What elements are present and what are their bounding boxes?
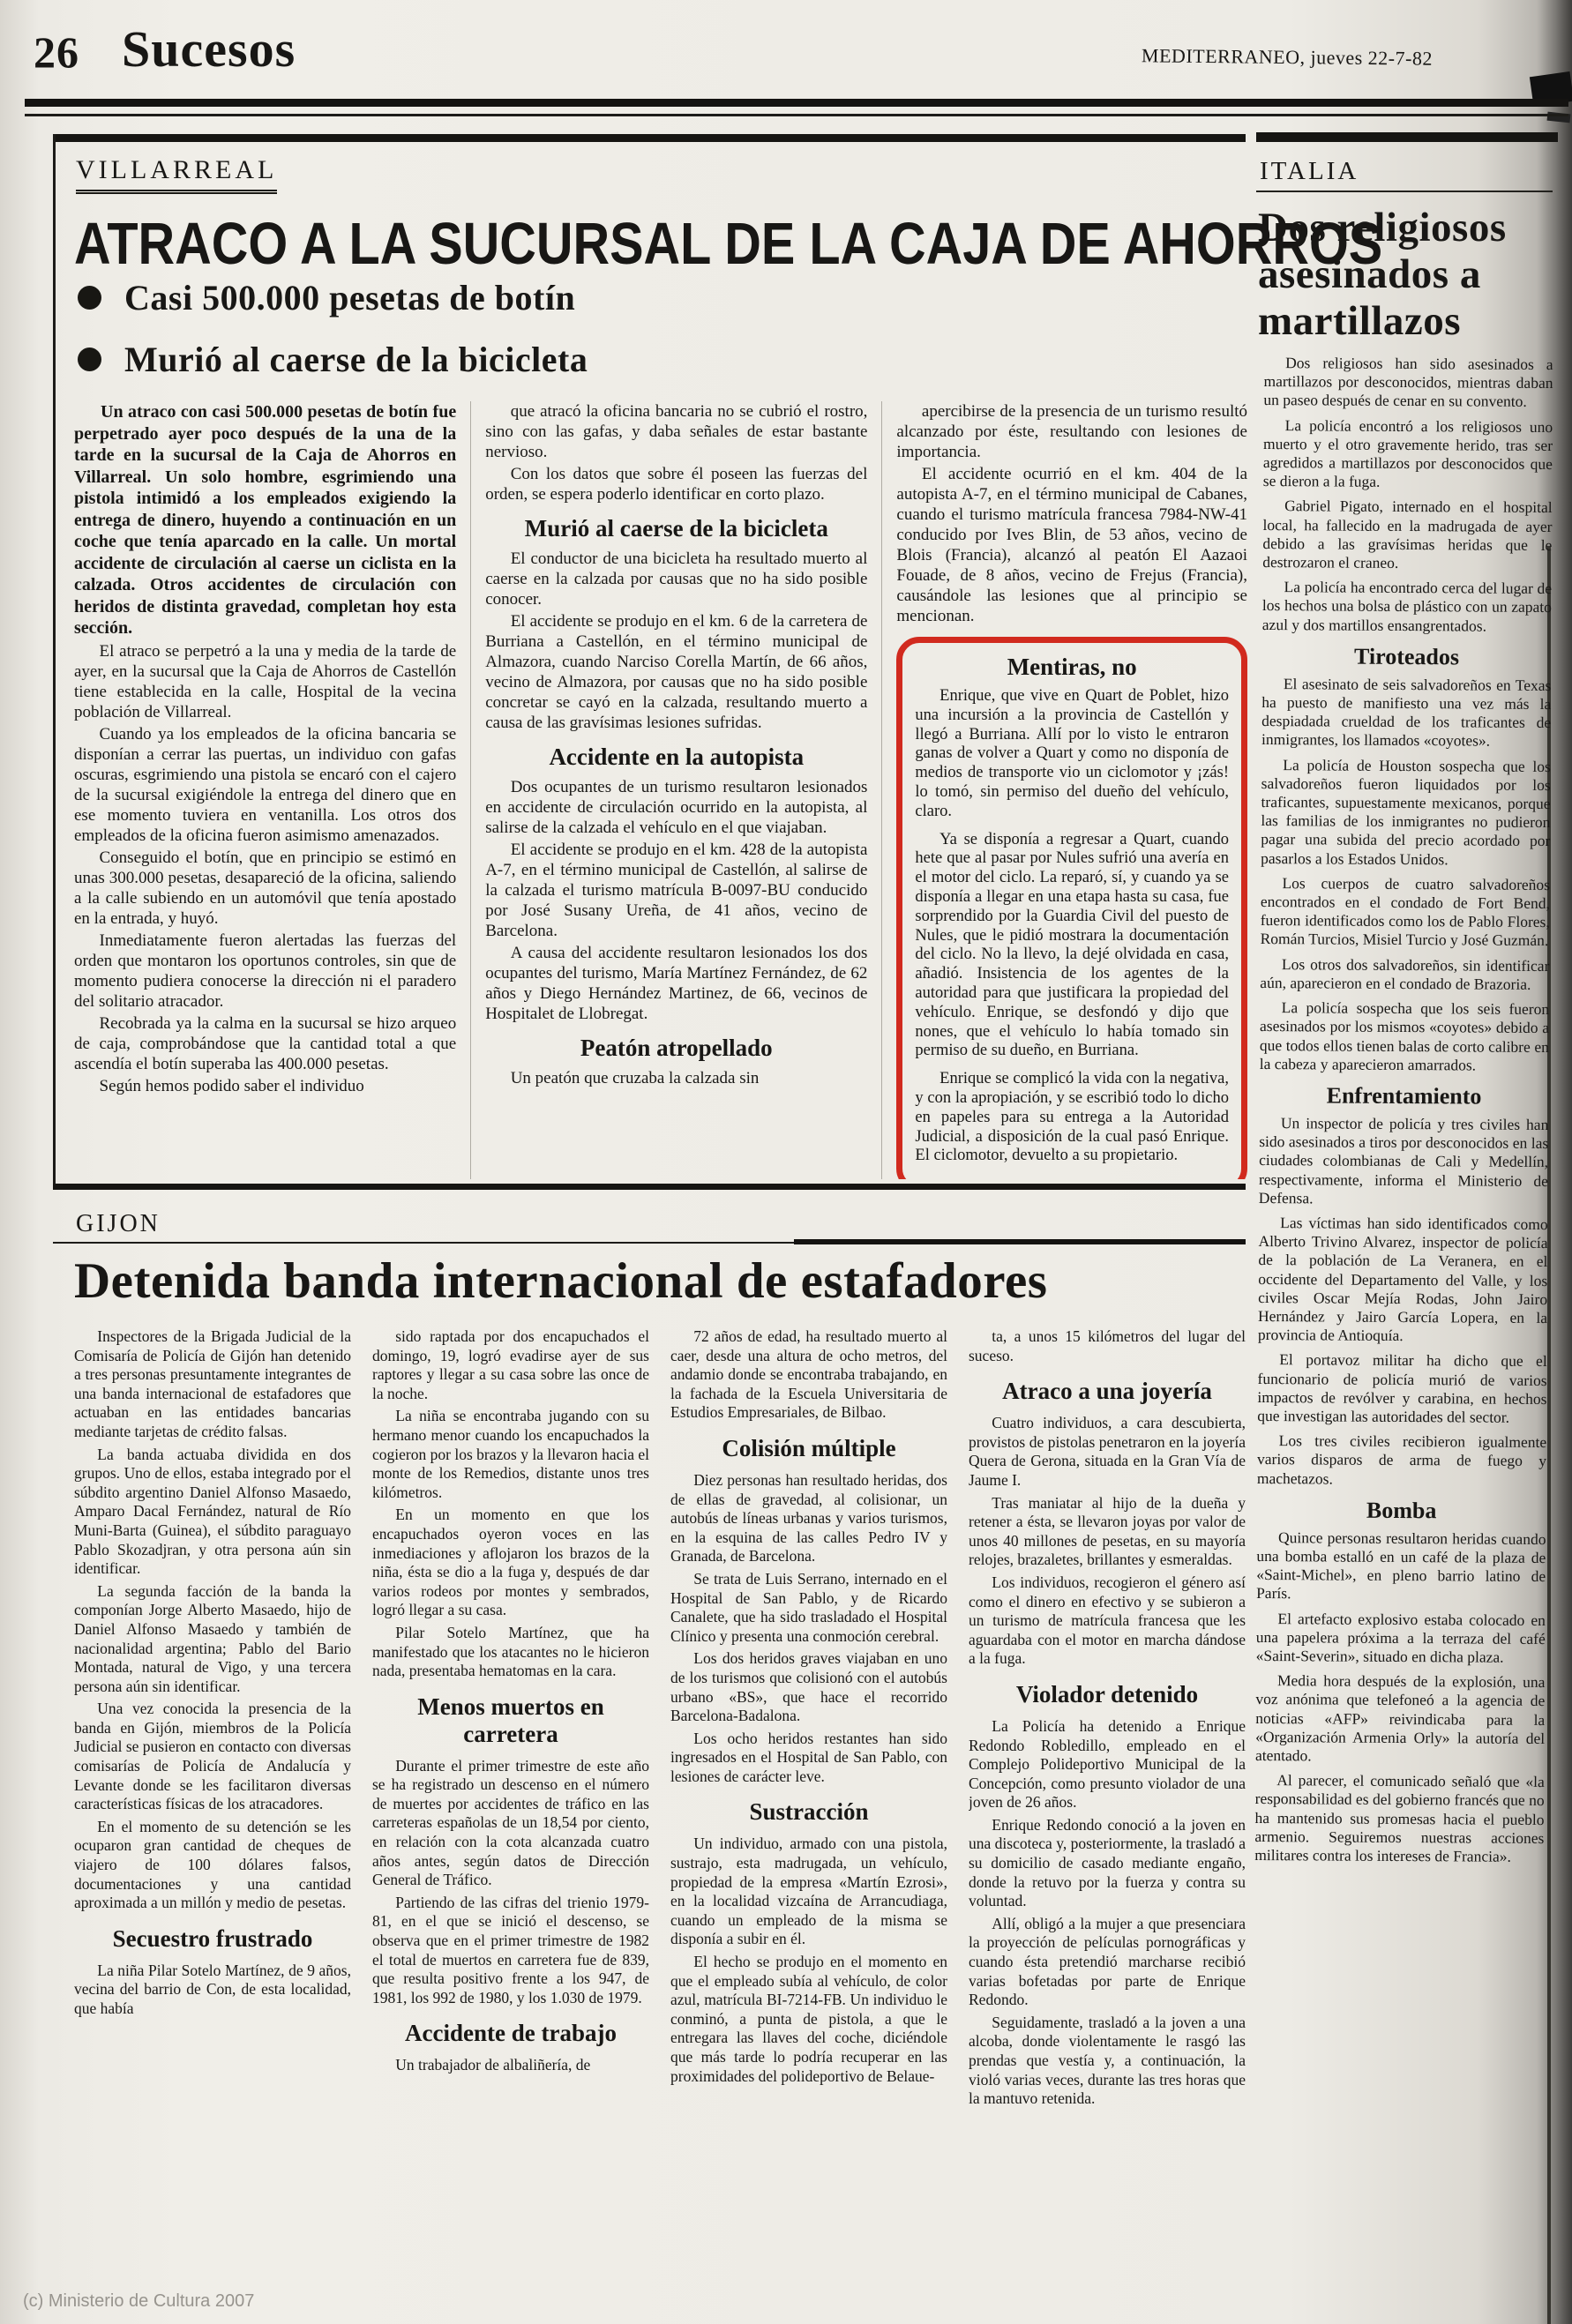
subhead: Bomba <box>1257 1497 1546 1525</box>
gijon-column-4: ta, a unos 15 kilómetros del lugar del s… <box>969 1327 1246 2284</box>
subhead: Colisión múltiple <box>670 1435 947 1462</box>
subhead: Enfrentamiento <box>1259 1082 1548 1110</box>
paragraph: Según hemos podido saber el individuo <box>74 1076 456 1096</box>
top-article-columns: Un atraco con casi 500.000 pesetas de bo… <box>74 401 1247 1179</box>
paragraph: La niña Pilar Sotelo Martínez, de 9 años… <box>74 1962 351 2019</box>
header-rule-thin <box>25 114 1568 116</box>
paragraph: Los otros dos salvadoreños, sin identifi… <box>1260 955 1549 994</box>
main-headline: ATRACO A LA SUCURSAL DE LA CAJA DE AHORR… <box>74 210 1382 278</box>
top-article-column-2: que atracó la oficina bancaria no se cub… <box>471 401 882 1179</box>
subhead: Menos muertos en carretera <box>372 1693 649 1748</box>
paragraph: Diez personas han resultado heridas, dos… <box>670 1471 947 1566</box>
paragraph: Al parecer, el comunicado señaló que «la… <box>1254 1771 1545 1866</box>
boxed-note: Mentiras, no Enrique, que vive en Quart … <box>896 637 1247 1179</box>
paragraph: La policía ha encontrado cerca del lugar… <box>1262 578 1552 636</box>
paragraph: El portavoz militar ha dicho que el func… <box>1257 1350 1547 1427</box>
paragraph: sido raptada por dos encapuchados el dom… <box>372 1327 649 1403</box>
kicker-villarreal: VILLARREAL <box>76 155 277 194</box>
italia-top-bar <box>1256 132 1558 142</box>
paragraph: Se trata de Luis Serrano, internado en e… <box>670 1570 947 1646</box>
subhead: Secuestro frustrado <box>74 1925 351 1953</box>
paragraph: Los ocho heridos restantes han sido ingr… <box>670 1730 947 1787</box>
page-number: 26 <box>34 26 79 78</box>
boxed-note-paragraphs: Enrique, que vive en Quart de Poblet, hi… <box>915 687 1229 1166</box>
headline-bullet-2: Murió al caerse de la bicicleta <box>78 339 588 380</box>
paragraph: Un inspector de policía y tres civiles h… <box>1259 1114 1549 1209</box>
paragraph: Un individuo, armado con una pistola, su… <box>670 1835 947 1949</box>
paragraph: Cuatro individuos, a cara descubierta, p… <box>969 1414 1246 1490</box>
italia-kicker-rule <box>1256 191 1553 192</box>
article-top-bar <box>53 134 1246 142</box>
paragraph: En un momento en que los encapuchados oy… <box>372 1506 649 1620</box>
subhead: Peatón atropellado <box>485 1035 867 1061</box>
paragraph: Pilar Sotelo Martínez, que ha manifestad… <box>372 1624 649 1681</box>
paragraph: Inmediatamente fueron alertadas las fuer… <box>74 930 456 1012</box>
paragraph: Ya se disponía a regresar a Quart, cuand… <box>915 831 1229 1062</box>
paragraph: Enrique se complicó la vida con la negat… <box>915 1070 1229 1166</box>
paragraph: Un peatón que cruzaba la calzada sin <box>485 1068 867 1088</box>
paragraph: El accidente se produjo en el km. 428 de… <box>485 840 867 941</box>
italia-body: Dos religiosos han sido asesinados a mar… <box>1252 354 1553 2287</box>
headline-bullet-1: Casi 500.000 pesetas de botín <box>78 277 575 318</box>
paragraph: En el momento de su detención se les ocu… <box>74 1818 351 1913</box>
subhead: Violador detenido <box>969 1681 1246 1708</box>
paragraph: El accidente ocurrió en el km. 404 de la… <box>896 464 1247 626</box>
paragraph: La segunda facción de la banda la compon… <box>74 1582 351 1697</box>
gijon-column-3: 72 años de edad, ha resultado muerto al … <box>670 1327 947 2284</box>
gijon-column-1: Inspectores de la Brigada Judicial de la… <box>74 1327 351 2284</box>
paragraph: El atraco se perpetró a la una y media d… <box>74 641 456 722</box>
subhead: Atraco a una joyería <box>969 1378 1246 1405</box>
paragraph: Un atraco con casi 500.000 pesetas de bo… <box>74 401 456 639</box>
paragraph: 72 años de edad, ha resultado muerto al … <box>670 1327 947 1423</box>
paragraph: Gabriel Pigato, internado en el hospital… <box>1262 497 1553 573</box>
paragraph: Dos religiosos han sido asesinados a mar… <box>1263 354 1553 412</box>
kicker-italia: ITALIA <box>1260 157 1359 186</box>
paragraph: Media hora después de la explosión, una … <box>1255 1671 1546 1767</box>
article-bottom-bar <box>53 1184 1246 1190</box>
gijon-headline: Detenida banda internacional de estafado… <box>74 1252 1047 1310</box>
paragraph: Una vez conocida la presencia de la band… <box>74 1700 351 1814</box>
gijon-column-2: sido raptada por dos encapuchados el dom… <box>372 1327 649 2284</box>
paragraph: El accidente se produjo en el km. 6 de l… <box>485 611 867 733</box>
paragraph: A causa del accidente resultaron lesiona… <box>485 943 867 1024</box>
paragraph: Cuando ya los empleados de la oficina ba… <box>74 724 456 846</box>
bullet-icon <box>78 286 101 310</box>
footer-credit: (c) Ministerio de Cultura 2007 <box>23 2291 254 2312</box>
gijon-kicker-rule-thick <box>794 1239 1246 1244</box>
paragraph: Los dos heridos graves viajaban en uno d… <box>670 1649 947 1725</box>
paragraph: Dos ocupantes de un turismo resultaron l… <box>485 777 867 838</box>
paragraph: Un trabajador de albaliñería, de <box>372 2056 649 2075</box>
paragraph: Seguidamente, trasladó a la joven a una … <box>969 2014 1246 2109</box>
italia-headline: Dos religiosos asesinados a martillazos <box>1258 205 1549 345</box>
newspaper-page: 26 Sucesos MEDITERRANEO, jueves 22-7-82 … <box>0 0 1572 2324</box>
bullet-icon <box>78 347 101 371</box>
paragraph: El artefacto explosivo estaba colocado e… <box>1256 1610 1546 1668</box>
subhead: Accidente de trabajo <box>372 2020 649 2047</box>
paragraph: Tras maniatar al hijo de la dueña y rete… <box>969 1494 1246 1570</box>
paragraph: que atracó la oficina bancaria no se cub… <box>485 401 867 462</box>
paragraph: apercibirse de la presencia de un turism… <box>896 401 1247 462</box>
article-left-rule <box>53 134 56 1190</box>
subhead: Tiroteados <box>1262 643 1552 671</box>
paragraph: Enrique Redondo conoció a la joven en un… <box>969 1816 1246 1911</box>
paragraph: ta, a unos 15 kilómetros del lugar del s… <box>969 1327 1246 1365</box>
paragraph: Quince personas resultaron heridas cuand… <box>1256 1528 1546 1605</box>
paragraph: La Policía ha detenido a Enrique Redondo… <box>969 1717 1246 1812</box>
subhead: Sustracción <box>670 1798 947 1826</box>
top-article-column-3: apercibirse de la presencia de un turism… <box>882 401 1247 1179</box>
paragraph: La policía de Houston sospecha que los s… <box>1261 756 1551 870</box>
header-rule <box>25 99 1568 107</box>
paragraph: La policía encontró a los religiosos uno… <box>1263 416 1553 493</box>
paragraph: Recobrada ya la calma en la sucursal se … <box>74 1013 456 1074</box>
subhead: Murió al caerse de la bicicleta <box>485 515 867 542</box>
paragraph: Con los datos que sobre él poseen las fu… <box>485 464 867 504</box>
masthead-date: MEDITERRANEO, jueves 22-7-82 <box>1142 44 1433 70</box>
paragraph: Los individuos, recogieron el género así… <box>969 1573 1246 1669</box>
paragraph: Inspectores de la Brigada Judicial de la… <box>74 1327 351 1442</box>
paragraph: Allí, obligó a la mujer a que presenciar… <box>969 1915 1246 2010</box>
kicker-gijon: GIJON <box>76 1210 161 1238</box>
bullet-text: Murió al caerse de la bicicleta <box>124 339 588 380</box>
paragraph: Los cuerpos de cuatro salvadoreños encon… <box>1261 874 1551 951</box>
top-article-column-3-paragraphs: apercibirse de la presencia de un turism… <box>896 401 1247 626</box>
boxed-note-heading: Mentiras, no <box>915 654 1229 680</box>
paragraph: El hecho se produjo en el momento en que… <box>670 1953 947 2086</box>
paragraph: Conseguido el botín, que en principio se… <box>74 848 456 929</box>
paragraph: El asesinato de seis salvadoreños en Tex… <box>1261 675 1552 751</box>
paragraph: Las víctimas han sido identificados como… <box>1258 1214 1548 1346</box>
paragraph: La policía sospecha que los seis fueron … <box>1260 998 1550 1075</box>
gijon-columns: Inspectores de la Brigada Judicial de la… <box>74 1327 1247 2284</box>
top-article-column-1: Un atraco con casi 500.000 pesetas de bo… <box>74 401 471 1179</box>
paragraph: La niña se encontraba jugando con su her… <box>372 1407 649 1502</box>
paragraph: Enrique, que vive en Quart de Poblet, hi… <box>915 687 1229 822</box>
paragraph: La banda actuaba dividida en dos grupos.… <box>74 1446 351 1579</box>
bullet-text: Casi 500.000 pesetas de botín <box>124 277 575 318</box>
subhead: Accidente en la autopista <box>485 744 867 770</box>
section-title: Sucesos <box>122 19 296 78</box>
paragraph: Durante el primer trimestre de este año … <box>372 1757 649 1890</box>
paragraph: Partiendo de las cifras del trienio 1979… <box>372 1894 649 2008</box>
paragraph: El conductor de una bicicleta ha resulta… <box>485 549 867 609</box>
paragraph: Los tres civiles recibieron igualmente v… <box>1257 1431 1546 1490</box>
